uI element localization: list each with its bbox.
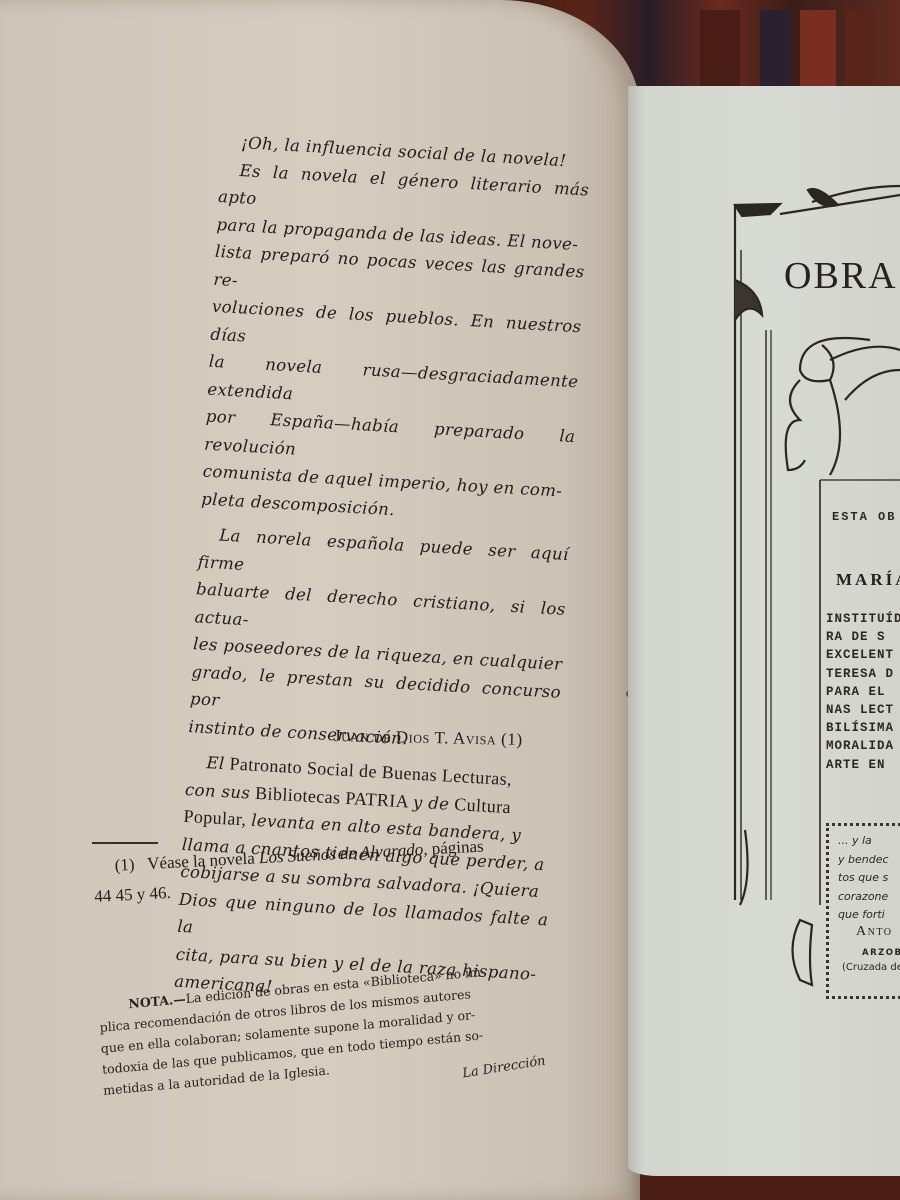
right-page-title: OBRA bbox=[784, 254, 900, 298]
quote-author-role: ARZOB bbox=[862, 948, 900, 958]
dedication-line: EXCELENT bbox=[826, 646, 900, 664]
dedication-line: PARA EL bbox=[826, 683, 900, 701]
right-page-name: MARÍA bbox=[836, 570, 900, 590]
dedication-line: INSTITUÍD bbox=[826, 610, 900, 628]
quote-source: (Cruzada de bbox=[842, 962, 900, 973]
quote-author: Anto bbox=[856, 924, 900, 940]
art-nouveau-frame-ornament bbox=[0, 0, 900, 1200]
quote-line: y bendec bbox=[838, 851, 900, 870]
dedication-line: RA DE S bbox=[826, 628, 900, 646]
quote-line: ... y la bbox=[838, 832, 900, 851]
quote-text: ... y la y bendec tos que s corazone que… bbox=[838, 832, 900, 925]
quote-line: corazone bbox=[838, 888, 900, 907]
dedication-text: INSTITUÍD RA DE S EXCELENT TERESA D PARA… bbox=[826, 610, 900, 774]
right-page-subtitle: ESTA OB bbox=[832, 510, 900, 524]
dedication-line: TERESA D bbox=[826, 665, 900, 683]
dedication-line: BILÍSIMA bbox=[826, 719, 900, 737]
quote-line: tos que s bbox=[838, 869, 900, 888]
dedication-line: ARTE EN bbox=[826, 756, 900, 774]
quote-line: que forti bbox=[838, 906, 900, 925]
dedication-line: MORALIDA bbox=[826, 737, 900, 755]
dedication-line: NAS LECT bbox=[826, 701, 900, 719]
